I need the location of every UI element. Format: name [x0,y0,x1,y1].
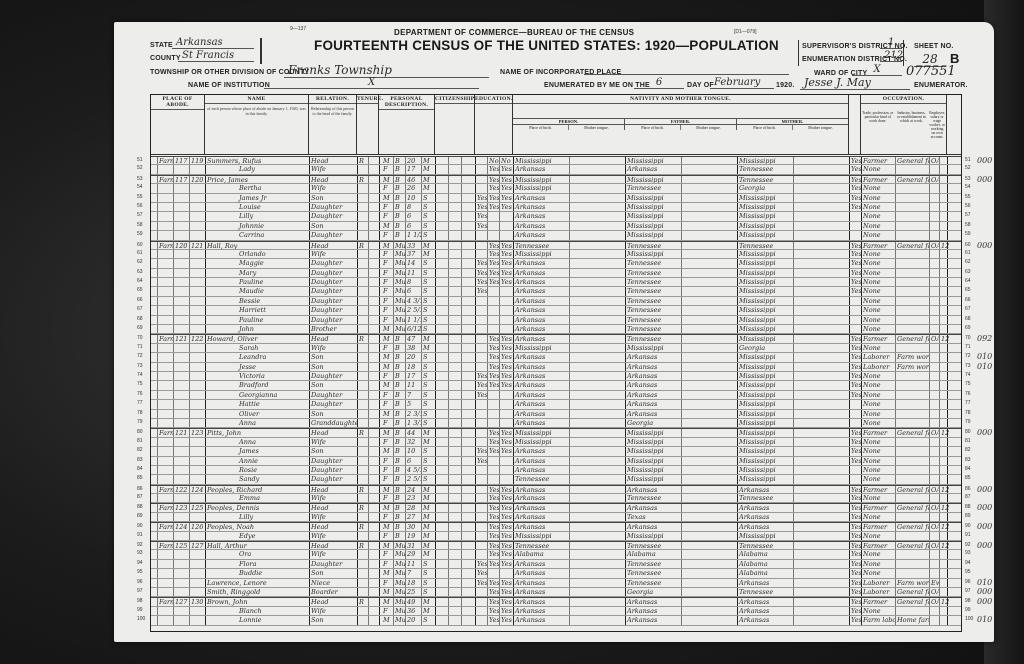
cell-tenure [357,419,368,427]
cell-name: Emma [205,494,309,502]
cell-family: 122 [189,335,205,342]
cell-birth: Arkansas [513,194,569,202]
grid-line [435,438,436,446]
cell-sex: F [381,344,393,352]
cell-write: Yes [499,447,513,455]
grid-line [793,306,794,314]
cell-birth: Tennessee [513,542,569,549]
cell-marital: S [421,231,435,239]
cell-farm [939,400,949,408]
cell-read: Yes [487,353,499,361]
cell-english: Yes [849,523,861,530]
cell-relation: Daughter [309,287,357,295]
grid-line [461,363,462,371]
cell-father-birth: Alabama [625,550,681,558]
cell-dwelling [173,494,189,502]
cell-tenure: R [357,542,368,549]
grid-line [368,494,369,502]
cell-family [189,231,205,239]
grid-line [569,504,570,511]
cell-farm: 123 [939,335,949,342]
grid-line [379,372,380,380]
cell-relation: Wife [309,532,357,540]
grid-line [448,429,449,436]
cell-relation: Daughter [309,231,357,239]
cell-race: B [393,344,405,352]
grid-line [379,400,380,408]
cell-age: 46 [405,176,421,183]
grid-line [368,588,369,596]
cell-marital: S [421,410,435,418]
cell-read [487,475,499,483]
grid-line [793,278,794,286]
cell-race: Mu [393,297,405,305]
cell-name: Brown, John [205,598,309,605]
cell-tenure [357,607,368,615]
cell-mother-birth: Alabama [737,560,793,568]
cell-race: Mu [393,607,405,615]
cell-farm [939,438,949,446]
line-number: 53 [137,176,143,182]
cell-marital: M [421,335,435,342]
cell-read: Yes [487,523,499,530]
cell-family: 120 [189,176,205,183]
table-row: 5656LouiseDaughterFB8SYesYesYesArkansasM… [151,203,961,212]
grid-line [461,212,462,220]
cell-sex: F [381,287,393,295]
grid-line [368,438,369,446]
cell-family [189,203,205,211]
line-number: 64 [137,278,143,284]
cell-race: B [393,381,405,389]
cell-name: Ora [205,550,309,558]
grid-line [461,278,462,286]
line-number: 83 [137,457,143,463]
cell-english [849,466,861,474]
cell-father-birth: Tennessee [625,259,681,267]
grid-line [461,203,462,211]
grid-line [793,222,794,230]
cell-write: Yes [499,588,513,596]
cell-industry: General farm [895,542,929,549]
supervisor-value: 1 [880,37,902,49]
cell-race: B [393,353,405,361]
line-number-right: 60 [965,242,971,248]
cell-tenure [357,372,368,380]
cell-dwelling [173,560,189,568]
line-number: 92 [137,542,143,548]
line-number: 74 [137,372,143,378]
cell-class [929,278,939,286]
cell-trade: None [861,532,895,540]
cell-marital: S [421,372,435,380]
grid-line [368,532,369,540]
grid-line [379,306,380,314]
cell-father-birth: Tennessee [625,306,681,314]
cell-school [475,231,487,239]
cell-birth: Arkansas [513,419,569,427]
cell-family [189,222,205,230]
margin-code-note: 010 [977,615,992,624]
header-place-of-abode: Place of Abode. [151,95,205,155]
line-number: 56 [137,203,143,209]
cell-english [849,231,861,239]
cell-tenure [357,457,368,465]
cell-age: 49 [405,598,421,605]
cell-family [189,250,205,258]
line-number-right: 75 [965,381,971,387]
cell-name: Annie [205,457,309,465]
cell-race: B [393,176,405,183]
line-number: 55 [137,194,143,200]
cell-family [189,607,205,615]
cell-tenure [357,316,368,324]
grid-line [681,287,682,295]
grid-line [793,494,794,502]
table-row: 6666BessieDaughterFMu4 3/12SArkansasTenn… [151,297,961,306]
cell-tenure [357,344,368,352]
cell-race: B [393,391,405,399]
cell-marital: S [421,212,435,220]
grid-line [569,344,570,352]
cell-street [157,494,173,502]
grid-line [379,466,380,474]
header-father: Father. [625,119,737,124]
grid-line [379,616,380,624]
cell-industry: General farm [895,335,929,342]
cell-family [189,297,205,305]
cell-read: Yes [487,203,499,211]
cell-tenure: R [357,429,368,436]
cell-family [189,353,205,361]
grid-line [435,287,436,295]
cell-race: Mu [393,259,405,267]
cell-dwelling [173,325,189,333]
cell-race: B [393,457,405,465]
cell-birth: Arkansas [513,616,569,624]
line-number: 97 [137,588,143,594]
grid-line [435,494,436,502]
cell-tenure [357,278,368,286]
line-number-right: 55 [965,194,971,200]
cell-trade: None [861,297,895,305]
cell-age: 44 [405,429,421,436]
header-name: Name of each person whose place of abode… [205,95,309,155]
cell-read: Yes [487,184,499,192]
cell-name: Rosie [205,466,309,474]
grid-line [461,532,462,540]
cell-industry [895,438,929,446]
grid-line [681,419,682,427]
line-number-right: 80 [965,429,971,435]
cell-read: Yes [487,504,499,511]
line-number-right: 94 [965,560,971,566]
cell-race: Mu [393,560,405,568]
grid-line [448,391,449,399]
cell-birth: Arkansas [513,447,569,455]
table-row: 5555James JrSonMB10SYesYesYesArkansasMis… [151,194,961,203]
cell-industry: General farm [895,242,929,249]
cell-class [929,381,939,389]
cell-birth: Arkansas [513,278,569,286]
cell-father-birth: Tennessee [625,542,681,549]
cell-age: 14 [405,259,421,267]
cell-relation: Head [309,486,357,493]
cell-relation: Wife [309,184,357,192]
grid-line [793,532,794,540]
cell-race: B [393,231,405,239]
cell-read [487,306,499,314]
cell-write: Yes [499,616,513,624]
cell-race: B [393,494,405,502]
cell-dwelling [173,165,189,173]
line-number-right: 84 [965,466,971,472]
grid-line [448,242,449,249]
cell-mother-birth: Tennessee [737,494,793,502]
line-number: 99 [137,607,143,613]
grid-line [681,588,682,596]
grid-line [448,607,449,615]
cell-sex: M [381,176,393,183]
cell-dwelling [173,438,189,446]
cell-farm [939,532,949,540]
grid-line [793,410,794,418]
cell-tenure [357,297,368,305]
cell-relation: Son [309,194,357,202]
cell-read [487,231,499,239]
cell-sex: F [381,494,393,502]
grid-line [379,550,380,558]
grid-line [448,344,449,352]
cell-school: Yes [475,560,487,568]
line-number-right: 76 [965,391,971,397]
grid-line [435,278,436,286]
cell-sex: M [381,410,393,418]
cell-birth: Arkansas [513,381,569,389]
form-number: 9—137 [290,26,306,32]
grid-line [379,176,380,183]
cell-father-birth: Tennessee [625,269,681,277]
grid-line [448,212,449,220]
cell-family [189,344,205,352]
line-number: 81 [137,438,143,444]
cell-sex: F [381,457,393,465]
cell-farm [939,222,949,230]
cell-marital: S [421,419,435,427]
cell-trade: Farmer [861,523,895,530]
cell-relation: Granddaughter [309,419,357,427]
cell-sex: M [381,363,393,371]
cell-english [849,475,861,483]
header-relation: Relation. Relationship of this person to… [309,95,357,155]
grid-line [681,486,682,493]
cell-class [929,438,939,446]
cell-trade: Laborer [861,579,895,587]
cell-trade: Farmer [861,598,895,605]
cell-trade: Farmer [861,176,895,183]
cell-school [475,176,487,183]
cell-sex: F [381,250,393,258]
cell-marital: S [421,400,435,408]
grid-line [681,259,682,267]
cell-tenure [357,250,368,258]
cell-tenure [357,410,368,418]
grid-line [368,157,369,164]
header-person: Person. [513,119,625,124]
line-number: 72 [137,353,143,359]
cell-father-birth: Mississippi [625,194,681,202]
cell-english: Yes [849,194,861,202]
line-number-right: 96 [965,579,971,585]
line-number-right: 92 [965,542,971,548]
grid-line [681,429,682,436]
cell-class [929,447,939,455]
grid-line [681,297,682,305]
cell-name: James [205,447,309,455]
cell-farm [939,569,949,577]
cell-school [475,306,487,314]
cell-trade: None [861,287,895,295]
cell-english: Yes [849,579,861,587]
line-number-right: 57 [965,212,971,218]
grid-line [793,400,794,408]
cell-english: Yes [849,550,861,558]
grid-line [379,513,380,521]
table-row: 5252LadyWifeFB17MYesYesArkansasArkansasT… [151,165,961,174]
grid-line [368,184,369,192]
grid-line [793,486,794,493]
grid-line [368,372,369,380]
cell-trade: None [861,306,895,314]
grid-line [435,486,436,493]
cell-race: Mu [393,316,405,324]
cell-school: Yes [475,259,487,267]
line-number: 89 [137,513,143,519]
cell-farm [939,287,949,295]
cell-industry: Farm work [895,579,929,587]
cell-street [157,250,173,258]
cell-dwelling [173,607,189,615]
sheet-stamp-number: 077551 [906,64,956,79]
cell-school [475,513,487,521]
cell-write [499,212,513,220]
cell-family [189,475,205,483]
cell-write: Yes [499,607,513,615]
cell-marital: M [421,184,435,192]
grid-line [569,607,570,615]
cell-english: Yes [849,429,861,436]
cell-race: Mu [393,306,405,314]
grid-line [448,335,449,342]
grid-line [435,391,436,399]
cell-farm: 128 [939,598,949,605]
grid-line [569,494,570,502]
cell-relation: Brother [309,325,357,333]
cell-mother-birth: Mississippi [737,259,793,267]
cell-trade: None [861,438,895,446]
cell-relation: Wife [309,165,357,173]
cell-industry [895,212,929,220]
cell-farm [939,316,949,324]
grid-line [681,457,682,465]
line-number: 60 [137,242,143,248]
cell-class [929,325,939,333]
grid-line [569,297,570,305]
cell-father-birth: Tennessee [625,560,681,568]
cell-dwelling [173,372,189,380]
cell-trade: None [861,457,895,465]
cell-tenure [357,165,368,173]
cell-english: Yes [849,176,861,183]
cell-birth: Mississippi [513,250,569,258]
cell-sex: M [381,523,393,530]
table-row: 6262MaggieDaughterFMu14SYesYesYesArkansa… [151,259,961,268]
table-row: 8484RosieDaughterFB4 5/12SArkansasMissis… [151,466,961,475]
cell-name: Flora [205,560,309,568]
line-number: 59 [137,231,143,237]
cell-birth: Tennessee [513,242,569,249]
cell-english: Yes [849,542,861,549]
cell-relation: Daughter [309,203,357,211]
cell-marital: M [421,344,435,352]
grid-line [793,550,794,558]
line-number: 88 [137,504,143,510]
grid-line [461,400,462,408]
cell-age: 6 [405,212,421,220]
grid-line [435,457,436,465]
table-row: 8383AnnieDaughterFB6SYesArkansasMississi… [151,457,961,466]
margin-code-note: 010 [977,362,992,371]
grid-line [379,532,380,540]
cell-tenure [357,325,368,333]
cell-relation: Head [309,157,357,164]
cell-age: 26 [405,184,421,192]
grid-line [569,457,570,465]
cell-family [189,287,205,295]
cell-name: Howard, Oliver [205,335,309,342]
sheet-label: Sheet No. [914,43,954,50]
cell-school [475,297,487,305]
table-row: 5757LillyDaughterFB6SYesArkansasMississi… [151,212,961,221]
line-number-right: 62 [965,259,971,265]
cell-marital: S [421,269,435,277]
cell-sex: F [381,259,393,267]
cell-father-birth: Tennessee [625,287,681,295]
cell-street [157,287,173,295]
cell-marital: S [421,466,435,474]
cell-sex: F [381,532,393,540]
cell-marital: M [421,486,435,493]
grid-line [681,242,682,249]
county-value: St Francis [178,50,254,62]
grid-line [448,306,449,314]
cell-industry [895,560,929,568]
grid-line [368,165,369,173]
grid-line [793,588,794,596]
grid-line [368,353,369,361]
line-number: 78 [137,410,143,416]
cell-trade: None [861,400,895,408]
cell-sex: F [381,579,393,587]
margin-code-note: 010 [977,352,992,361]
cell-street [157,391,173,399]
grid-line [379,203,380,211]
grid-line [461,438,462,446]
cell-age: 1 3/12 [405,419,421,427]
cell-class: OA [929,242,939,249]
grid-line [435,542,436,549]
cell-english [849,325,861,333]
